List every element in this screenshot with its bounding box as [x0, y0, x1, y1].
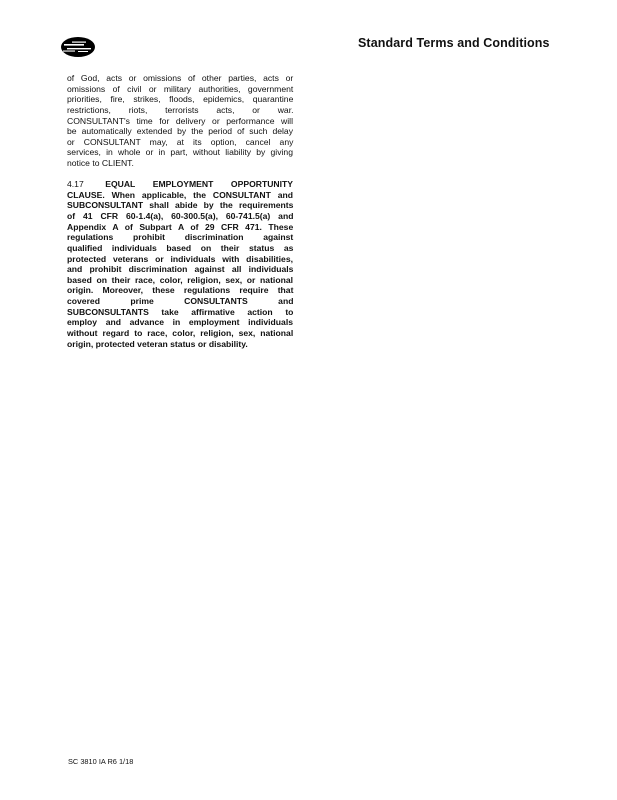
- text-line: services, in whole or in part, without l…: [67, 147, 293, 158]
- text-line: omissions of civil or military authoriti…: [67, 84, 293, 95]
- equal-employment-section: 4.17 EQUAL EMPLOYMENT OPPORTUNITY CLAUSE…: [67, 179, 293, 349]
- text-line: and prohibit discrimination against all …: [67, 264, 293, 275]
- text-line: SUBCONSULTANTS take affirmative action t…: [67, 307, 293, 318]
- document-title: Standard Terms and Conditions: [358, 36, 550, 50]
- text-line: covered prime CONSULTANTS and: [67, 296, 293, 307]
- text-line: CONSULTANT's time for delivery or perfor…: [67, 116, 293, 127]
- text-line: qualified individuals based on their sta…: [67, 243, 293, 254]
- text-line: employ and advance in employment individ…: [67, 317, 293, 328]
- text-line: protected veterans or individuals with d…: [67, 254, 293, 265]
- section-heading-line: 4.17 EQUAL EMPLOYMENT OPPORTUNITY: [67, 179, 293, 190]
- text-line: be automatically extended by the period …: [67, 126, 293, 137]
- text-line: notice to CLIENT.: [67, 158, 293, 169]
- company-logo-icon: [58, 35, 98, 59]
- form-code-footer: SC 3810 IA R6 1/18: [68, 757, 133, 766]
- text-column: of God, acts or omissions of other parti…: [67, 73, 293, 349]
- text-line: regulations prohibit discrimination agai…: [67, 232, 293, 243]
- text-line: Appendix A of Subpart A of 29 CFR 471. T…: [67, 222, 293, 233]
- text-line: SUBCONSULTANT shall abide by the require…: [67, 200, 293, 211]
- text-line: restrictions, riots, terrorists acts, or…: [67, 105, 293, 116]
- section-number: 4.17: [67, 179, 84, 189]
- text-line: CLAUSE. When applicable, the CONSULTANT …: [67, 190, 293, 201]
- text-line: without regard to race, color, religion,…: [67, 328, 293, 339]
- text-line: or CONSULTANT may, at its option, cancel…: [67, 137, 293, 148]
- text-line: origin, protected veteran status or disa…: [67, 339, 293, 350]
- text-line: of God, acts or omissions of other parti…: [67, 73, 293, 84]
- section-heading: EQUAL EMPLOYMENT OPPORTUNITY: [105, 179, 293, 189]
- text-line: priorities, fire, strikes, floods, epide…: [67, 94, 293, 105]
- text-line: of 41 CFR 60-1.4(a), 60-300.5(a), 60-741…: [67, 211, 293, 222]
- text-line: based on their race, color, religion, se…: [67, 275, 293, 286]
- force-majeure-paragraph: of God, acts or omissions of other parti…: [67, 73, 293, 169]
- section-spacer: [84, 179, 105, 189]
- text-line: origin. Moreover, these regulations requ…: [67, 285, 293, 296]
